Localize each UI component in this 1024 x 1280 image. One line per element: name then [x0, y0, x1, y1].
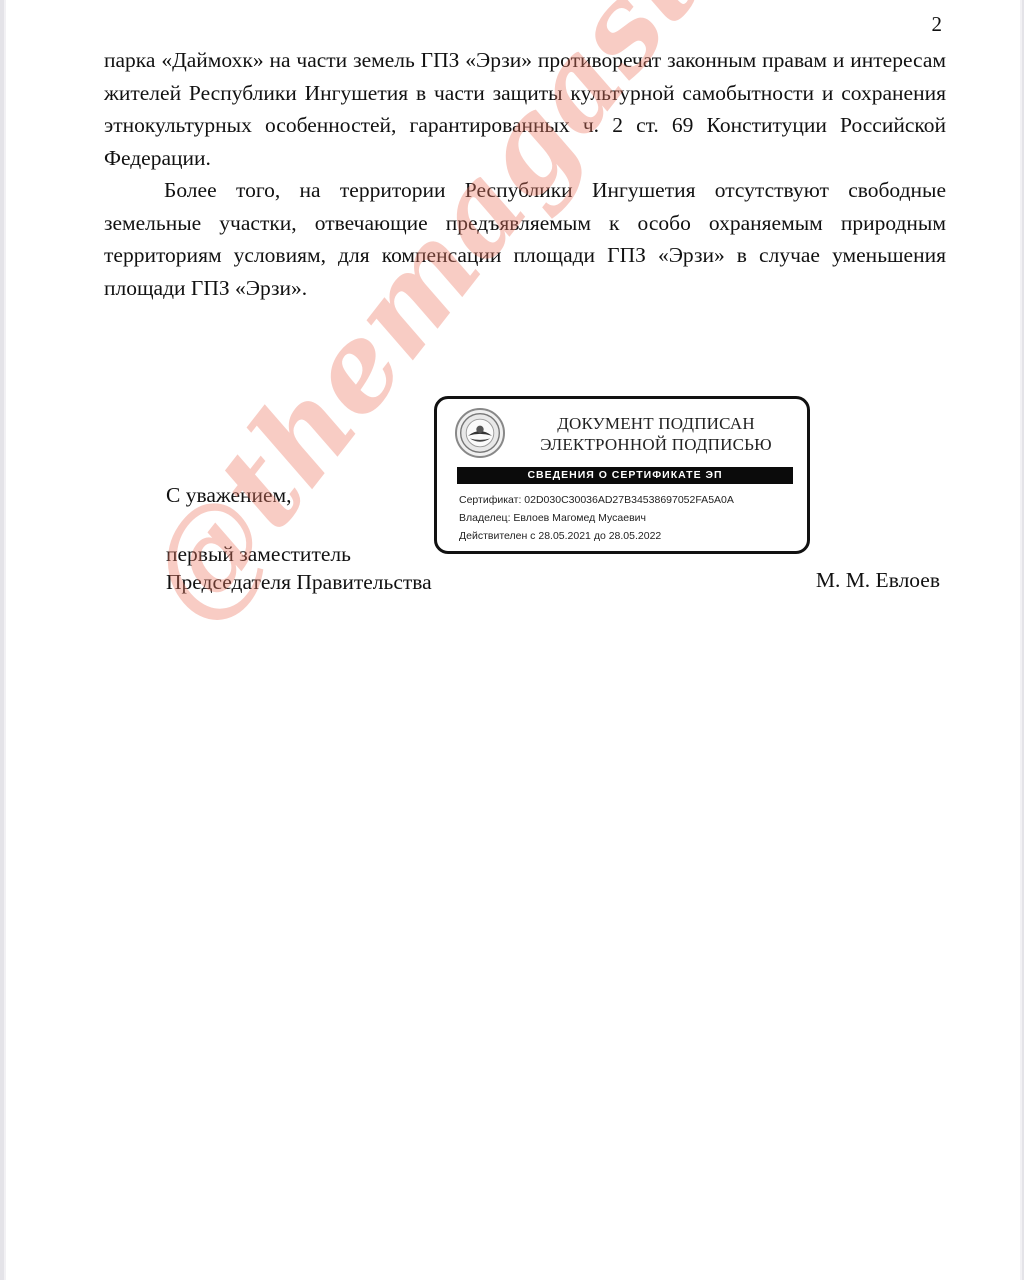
stamp-title-line: ДОКУМЕНТ ПОДПИСАН [521, 413, 791, 434]
certificate-info-header: СВЕДЕНИЯ О СЕРТИФИКАТЕ ЭП [457, 467, 793, 484]
signer-position: первый заместитель Председателя Правител… [166, 540, 432, 596]
signer-position-line: Председателя Правительства [166, 568, 432, 596]
document-body: парка «Даймохк» на части земель ГПЗ «Эрз… [104, 44, 946, 304]
certificate-number: Сертификат: 02D030C30036AD27B34538697052… [459, 491, 734, 509]
paragraph: парка «Даймохк» на части земель ГПЗ «Эрз… [104, 44, 946, 174]
document-page: 2 парка «Даймохк» на части земель ГПЗ «Э… [4, 0, 1022, 1280]
coat-of-arms-icon [455, 408, 505, 458]
stamp-title-line: ЭЛЕКТРОННОЙ ПОДПИСЬЮ [521, 434, 791, 455]
stamp-title: ДОКУМЕНТ ПОДПИСАН ЭЛЕКТРОННОЙ ПОДПИСЬЮ [521, 413, 791, 455]
certificate-details: Сертификат: 02D030C30036AD27B34538697052… [459, 491, 734, 545]
certificate-validity: Действителен с 28.05.2021 до 28.05.2022 [459, 527, 734, 545]
paragraph: Более того, на территории Республики Инг… [104, 174, 946, 304]
closing-phrase: С уважением, [166, 483, 292, 508]
certificate-owner: Владелец: Евлоев Магомед Мусаевич [459, 509, 734, 527]
signer-position-line: первый заместитель [166, 540, 432, 568]
electronic-signature-stamp: ДОКУМЕНТ ПОДПИСАН ЭЛЕКТРОННОЙ ПОДПИСЬЮ С… [434, 396, 810, 554]
signer-name: М. М. Евлоев [816, 568, 940, 593]
page-number: 2 [932, 12, 943, 37]
